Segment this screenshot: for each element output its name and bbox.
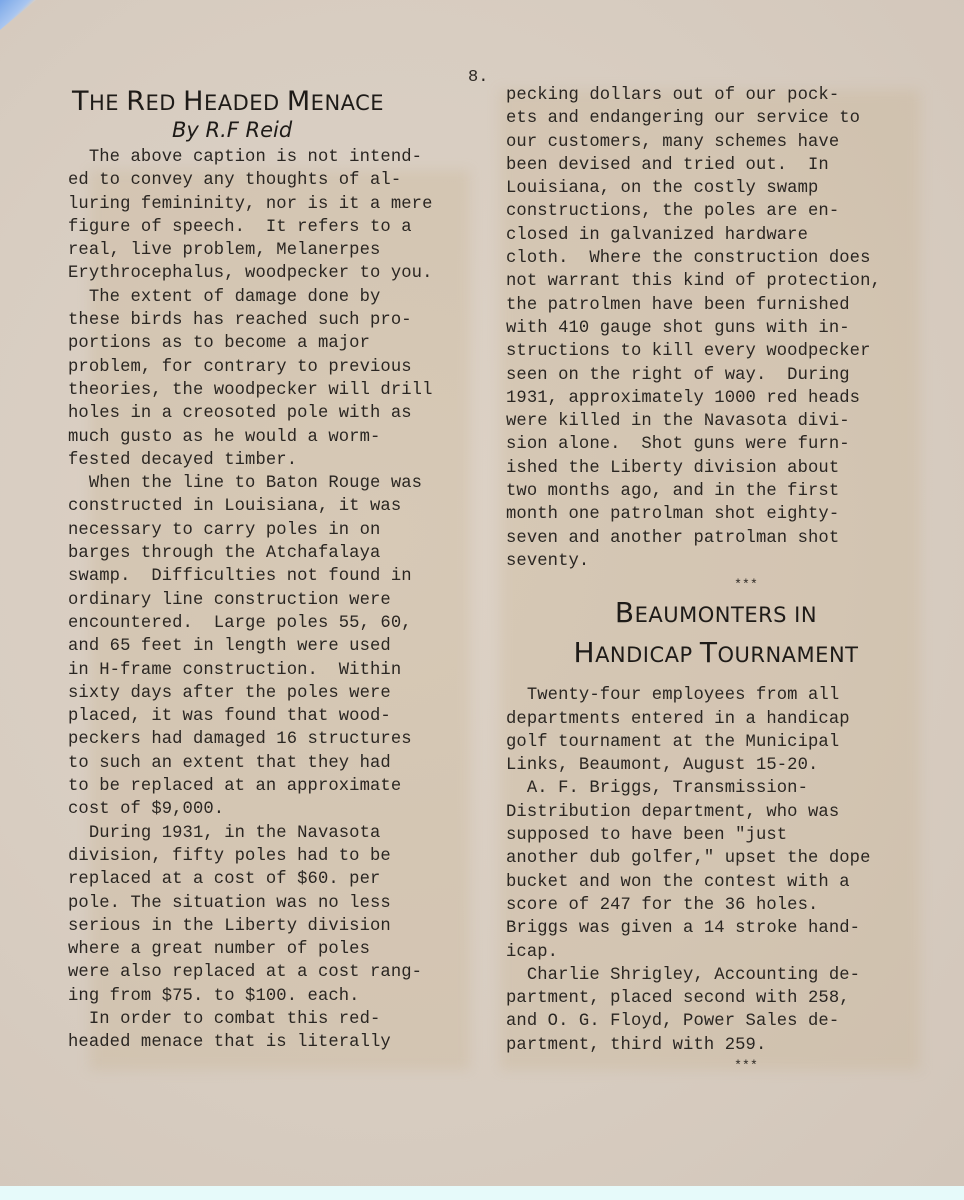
- text-line: problem, for contrary to previous: [68, 356, 488, 379]
- text-line: real, live problem, Melanerpes: [68, 239, 488, 262]
- text-line: these birds has reached such pro-: [68, 309, 488, 332]
- text-line: placed, it was found that wood-: [68, 705, 488, 728]
- text-line: and 65 feet in length were used: [68, 635, 488, 658]
- text-line: much gusto as he would a worm-: [68, 426, 488, 449]
- text-line: The extent of damage done by: [68, 286, 488, 309]
- text-line: supposed to have been "just: [506, 824, 926, 847]
- text-line: serious in the Liberty division: [68, 915, 488, 938]
- text-line: division, fifty poles had to be: [68, 845, 488, 868]
- text-line: During 1931, in the Navasota: [68, 822, 488, 845]
- text-line: were killed in the Navasota divi-: [506, 410, 926, 433]
- text-line: necessary to carry poles in on: [68, 519, 488, 542]
- text-line: were also replaced at a cost rang-: [68, 961, 488, 984]
- text-line: A. F. Briggs, Transmission-: [506, 777, 926, 800]
- text-line: In order to combat this red-: [68, 1008, 488, 1031]
- text-line: headed menace that is literally: [68, 1031, 488, 1054]
- text-line: Distribution department, who was: [506, 801, 926, 824]
- text-line: our customers, many schemes have: [506, 131, 926, 154]
- text-line: icap.: [506, 941, 926, 964]
- article-body-golf: Twenty-four employees from alldepartment…: [506, 684, 926, 1057]
- folded-corner: [0, 0, 36, 30]
- text-line: sixty days after the poles were: [68, 682, 488, 705]
- text-line: pecking dollars out of our pock-: [506, 84, 926, 107]
- text-line: Briggs was given a 14 stroke hand-: [506, 917, 926, 940]
- text-line: ordinary line construction were: [68, 589, 488, 612]
- article-title-line-1: BEAUMONTERS IN: [506, 594, 926, 634]
- article-beaumonters: BEAUMONTERS IN HANDICAP TOURNAMENT Twent…: [506, 594, 926, 1073]
- text-line: replaced at a cost of $60. per: [68, 868, 488, 891]
- text-line: holes in a creosoted pole with as: [68, 402, 488, 425]
- text-line: two months ago, and in the first: [506, 480, 926, 503]
- text-line: sion alone. Shot guns were furn-: [506, 433, 926, 456]
- end-separator: ***: [566, 1059, 926, 1073]
- text-line: Twenty-four employees from all: [506, 684, 926, 707]
- text-line: constructions, the poles are en-: [506, 200, 926, 223]
- text-line: ed to convey any thoughts of al-: [68, 169, 488, 192]
- text-line: ished the Liberty division about: [506, 457, 926, 480]
- text-line: seven and another patrolman shot: [506, 527, 926, 550]
- text-line: golf tournament at the Municipal: [506, 731, 926, 754]
- text-line: The above caption is not intend-: [68, 146, 488, 169]
- text-line: Louisiana, on the costly swamp: [506, 177, 926, 200]
- text-line: fested decayed timber.: [68, 449, 488, 472]
- text-line: to such an extent that they had: [68, 752, 488, 775]
- text-line: Charlie Shrigley, Accounting de-: [506, 964, 926, 987]
- article-body-left: The above caption is not intend-ed to co…: [68, 146, 488, 1055]
- text-line: been devised and tried out. In: [506, 154, 926, 177]
- text-line: partment, third with 259.: [506, 1034, 926, 1057]
- text-line: When the line to Baton Rouge was: [68, 472, 488, 495]
- text-line: seen on the right of way. During: [506, 364, 926, 387]
- text-line: constructed in Louisiana, it was: [68, 495, 488, 518]
- byline: By R.F Reid: [172, 118, 488, 146]
- text-line: the patrolmen have been furnished: [506, 294, 926, 317]
- text-line: departments entered in a handicap: [506, 708, 926, 731]
- text-line: ing from $75. to $100. each.: [68, 985, 488, 1008]
- text-line: score of 247 for the 36 holes.: [506, 894, 926, 917]
- text-line: swamp. Difficulties not found in: [68, 565, 488, 588]
- article-title-line-2: HANDICAP TOURNAMENT: [506, 634, 926, 674]
- text-line: another dub golfer," upset the dope: [506, 847, 926, 870]
- text-line: to be replaced at an approximate: [68, 775, 488, 798]
- scanned-page: 8. THE RED HEADED MENACE By R.F Reid The…: [0, 0, 964, 1186]
- text-line: and O. G. Floyd, Power Sales de-: [506, 1010, 926, 1033]
- text-line: luring femininity, nor is it a mere: [68, 193, 488, 216]
- text-line: partment, placed second with 258,: [506, 987, 926, 1010]
- text-line: theories, the woodpecker will drill: [68, 379, 488, 402]
- text-line: seventy.: [506, 550, 926, 573]
- text-line: peckers had damaged 16 structures: [68, 728, 488, 751]
- right-column: pecking dollars out of our pock-ets and …: [506, 84, 926, 1073]
- text-line: structions to kill every woodpecker: [506, 340, 926, 363]
- text-line: month one patrolman shot eighty-: [506, 503, 926, 526]
- text-line: barges through the Atchafalaya: [68, 542, 488, 565]
- text-line: cost of $9,000.: [68, 798, 488, 821]
- text-line: not warrant this kind of protection,: [506, 270, 926, 293]
- text-line: cloth. Where the construction does: [506, 247, 926, 270]
- text-line: closed in galvanized hardware: [506, 224, 926, 247]
- section-separator: ***: [566, 578, 926, 592]
- article-red-headed-menace: THE RED HEADED MENACE By R.F Reid The ab…: [68, 86, 488, 1055]
- text-line: pole. The situation was no less: [68, 892, 488, 915]
- text-line: Erythrocephalus, woodpecker to you.: [68, 262, 488, 285]
- article-body-continued: pecking dollars out of our pock-ets and …: [506, 84, 926, 573]
- text-line: figure of speech. It refers to a: [68, 216, 488, 239]
- text-line: with 410 gauge shot guns with in-: [506, 317, 926, 340]
- text-line: bucket and won the contest with a: [506, 871, 926, 894]
- text-line: where a great number of poles: [68, 938, 488, 961]
- text-line: in H-frame construction. Within: [68, 659, 488, 682]
- text-line: encountered. Large poles 55, 60,: [68, 612, 488, 635]
- article-title: THE RED HEADED MENACE: [72, 86, 488, 118]
- text-line: Links, Beaumont, August 15-20.: [506, 754, 926, 777]
- text-line: portions as to become a major: [68, 332, 488, 355]
- text-line: ets and endangering our service to: [506, 107, 926, 130]
- text-line: 1931, approximately 1000 red heads: [506, 387, 926, 410]
